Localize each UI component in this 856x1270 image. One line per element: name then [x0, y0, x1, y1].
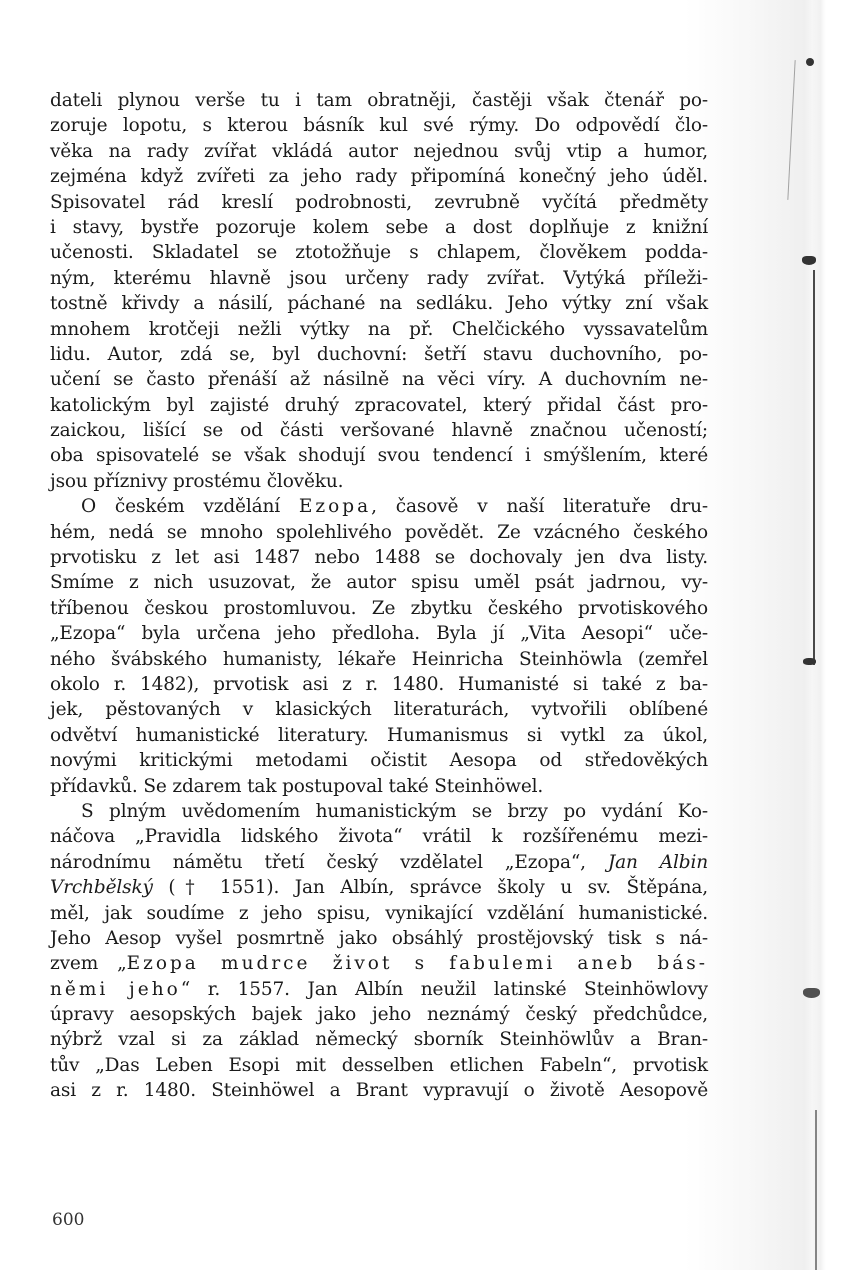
- text-line: němi jeho“ r. 1557. Jan Albín neužil lat…: [50, 977, 708, 1002]
- text-line: prvotisku z let asi 1487 nebo 1488 se do…: [50, 545, 708, 570]
- text-line: tříbenou českou prostomluvou. Ze zbytku …: [50, 596, 708, 621]
- text-line: mnohem krotčeji nežli výtky na př. Chelč…: [50, 317, 708, 342]
- text-line: zaickou, lišící se od části veršované hl…: [50, 418, 708, 443]
- ink-blot-mark: [806, 58, 814, 66]
- text-line: měl, jak soudíme z jeho spisu, vynikajíc…: [50, 901, 708, 926]
- text-line: tův „Das Leben Esopi mit desselben etlic…: [50, 1053, 708, 1078]
- text-line: oba spisovatelé se však shodují svou ten…: [50, 443, 708, 468]
- binding-clip-mark: [803, 988, 820, 998]
- text-segment: O českém vzdělání: [81, 496, 299, 517]
- text-line: ného švábského humanisty, lékaře Heinric…: [50, 647, 708, 672]
- text-line: Jeho Aesop vyšel posmrtně jako obsáhlý p…: [50, 926, 708, 951]
- text-line: přídavků. Se zdarem tak postupoval také …: [50, 774, 708, 799]
- text-line: Vrchbělský († 1551). Jan Albín, správce …: [50, 875, 708, 900]
- text-line: katolickým byl zajisté druhý zpracovatel…: [50, 393, 708, 418]
- text-line: úpravy aesopských bajek jako jeho neznám…: [50, 1002, 708, 1027]
- text-segment: “ r. 1557. Jan Albín neužil latinské Ste…: [181, 979, 708, 1000]
- text-segment: zvem „: [50, 953, 127, 974]
- author-name-italic: Vrchbělský: [50, 877, 153, 898]
- text-line: „Ezopa“ byla určena jeho předloha. Byla …: [50, 621, 708, 646]
- text-line: věka na rady zvířat vkládá autor nejedno…: [50, 139, 708, 164]
- author-name-italic: Jan Albin: [608, 852, 708, 873]
- text-segment: († 1551). Jan Albín, správce školy u sv.…: [153, 877, 708, 898]
- binding-clip-mark: [802, 256, 816, 265]
- paragraph-first-line: S plným uvědomením humanistickým se brzy…: [50, 799, 708, 824]
- text-line: i stavy, bystře pozoruje kolem sebe a do…: [50, 215, 708, 240]
- text-line: zvem „Ezopa mudrce život s fabulemi aneb…: [50, 951, 708, 976]
- page-number: 600: [52, 1210, 84, 1230]
- text-line: Spisovatel rád kreslí podrobnosti, zevru…: [50, 190, 708, 215]
- text-line: učenosti. Skladatel se ztotožňuje s chla…: [50, 240, 708, 265]
- text-line: hém, nedá se mnoho spolehlivého povědět.…: [50, 520, 708, 545]
- text-line: dateli plynou verše tu i tam obratněji, …: [50, 88, 708, 113]
- spaced-emphasis: Ezopa: [299, 496, 371, 517]
- text-line: tostně křivdy a násilí, páchané na sedlá…: [50, 291, 708, 316]
- text-segment: národnímu námětu třetí český vzdělatel „…: [50, 852, 608, 873]
- text-line: národnímu námětu třetí český vzdělatel „…: [50, 850, 708, 875]
- text-segment: , časově v naší literatuře dru-: [371, 496, 708, 517]
- text-line: odvětví humanistické literatury. Humanis…: [50, 723, 708, 748]
- text-line: jsou příznivy prostému člověku.: [50, 469, 708, 494]
- text-line: asi z r. 1480. Steinhöwel a Brant vyprav…: [50, 1078, 708, 1103]
- spaced-title: němi jeho: [50, 979, 181, 1000]
- paragraph-first-line: O českém vzdělání Ezopa, časově v naší l…: [50, 494, 708, 519]
- text-line: okolo r. 1482), prvotisk asi z r. 1480. …: [50, 672, 708, 697]
- scanned-book-page: dateli plynou verše tu i tam obratněji, …: [0, 0, 856, 1270]
- page-edge-crease: [787, 60, 795, 200]
- text-line: Smíme z nich usuzovat, že autor spisu um…: [50, 570, 708, 595]
- text-line: novými kritickými metodami očistit Aesop…: [50, 748, 708, 773]
- text-line: ným, kterému hlavně jsou určeny rady zví…: [50, 266, 708, 291]
- body-text: dateli plynou verše tu i tam obratněji, …: [50, 88, 708, 1104]
- page-edge-line-lower: [815, 1110, 817, 1270]
- text-line: nýbrž vzal si za základ německý sborník …: [50, 1027, 708, 1052]
- text-line: náčova „Pravidla lidského života“ vrátil…: [50, 824, 708, 849]
- spaced-title: Ezopa mudrce život s fabulemi aneb bás-: [127, 953, 708, 974]
- text-line: zejména když zvířeti za jeho rady připom…: [50, 164, 708, 189]
- text-line: zoruje lopotu, s kterou básník kul své r…: [50, 113, 708, 138]
- page-edge-line-upper: [813, 270, 815, 665]
- text-line: učení se často přenáší až násilně na věc…: [50, 367, 708, 392]
- text-line: jek, pěstovaných v klasických literaturá…: [50, 697, 708, 722]
- text-line: lidu. Autor, zdá se, byl duchovní: šetří…: [50, 342, 708, 367]
- binding-clip-mark: [803, 658, 816, 665]
